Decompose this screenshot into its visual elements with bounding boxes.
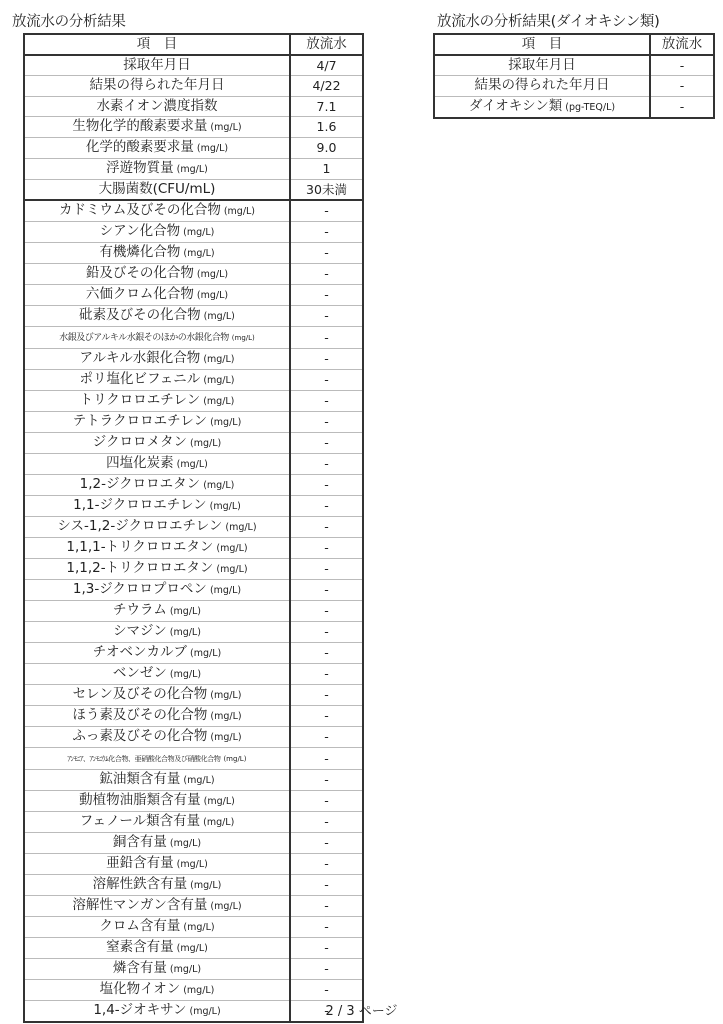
table-row: セレン及びその化合物(mg/L)-	[24, 684, 363, 705]
table-row: ふっ素及びその化合物(mg/L)-	[24, 726, 363, 747]
value-cell: -	[290, 705, 363, 726]
item-label: 動植物油脂類含有量	[79, 792, 201, 808]
item-cell: クロム含有量(mg/L)	[24, 916, 290, 937]
item-cell: ポリ塩化ビフェニル(mg/L)	[24, 369, 290, 390]
item-cell: カドミウム及びその化合物(mg/L)	[24, 200, 290, 222]
value-cell: -	[290, 642, 363, 663]
value-cell: -	[650, 55, 714, 76]
item-label: 結果の得られた年月日	[90, 77, 225, 93]
unit-label: (mg/L)	[203, 375, 234, 386]
table-row: 1,3-ジクロロプロペン(mg/L)-	[24, 579, 363, 600]
header-item: 項 目	[24, 34, 290, 55]
item-cell: ふっ素及びその化合物(mg/L)	[24, 726, 290, 747]
value-cell: 4/7	[290, 55, 363, 76]
item-cell: 結果の得られた年月日	[24, 76, 290, 96]
item-cell: アルキル水銀化合物(mg/L)	[24, 348, 290, 369]
value-cell: -	[290, 832, 363, 853]
unit-label: (mg/L)	[210, 732, 241, 743]
header-value: 放流水	[290, 34, 363, 55]
table-row: 結果の得られた年月日4/22	[24, 76, 363, 96]
unit-label: (mg/L)	[170, 838, 201, 849]
value-cell: -	[290, 242, 363, 263]
item-label: ふっ素及びその化合物	[72, 728, 207, 744]
item-cell: ｱﾝﾓﾆｱ、ｱﾝﾓﾆｳﾑ化合物、亜硝酸化合物及び硝酸化合物(mg/L)	[24, 747, 290, 769]
item-label: 鉱油類含有量	[99, 771, 180, 787]
item-cell: 鉱油類含有量(mg/L)	[24, 769, 290, 790]
value-cell: -	[290, 284, 363, 305]
value-cell: -	[290, 747, 363, 769]
item-label: カドミウム及びその化合物	[59, 202, 221, 218]
table-row: ダイオキシン類(pg-TEQ/L)-	[434, 96, 714, 118]
table-row: チウラム(mg/L)-	[24, 600, 363, 621]
item-label: 銅含有量	[113, 834, 167, 850]
item-cell: 水素イオン濃度指数	[24, 96, 290, 116]
item-label: 結果の得られた年月日	[475, 77, 610, 93]
item-label: 有機燐化合物	[99, 244, 180, 260]
table-row: 1,1-ジクロロエチレン(mg/L)-	[24, 495, 363, 516]
unit-label: (mg/L)	[177, 164, 208, 175]
unit-label: (mg/L)	[197, 290, 228, 301]
header-value: 放流水	[650, 34, 714, 55]
unit-label: (mg/L)	[210, 711, 241, 722]
table-row: フェノール類含有量(mg/L)-	[24, 811, 363, 832]
unit-label: (mg/L)	[183, 248, 214, 259]
item-cell: 四塩化炭素(mg/L)	[24, 453, 290, 474]
item-cell: 砒素及びその化合物(mg/L)	[24, 305, 290, 326]
unit-label: (mg/L)	[203, 354, 234, 365]
item-cell: ほう素及びその化合物(mg/L)	[24, 705, 290, 726]
value-cell: -	[290, 411, 363, 432]
item-cell: フェノール類含有量(mg/L)	[24, 811, 290, 832]
item-cell: 銅含有量(mg/L)	[24, 832, 290, 853]
value-cell: -	[290, 200, 363, 222]
value-cell: -	[290, 326, 363, 348]
item-label: 水銀及びアルキル水銀そのほかの水銀化合物	[59, 333, 229, 343]
item-label: 化学的酸素要求量	[86, 139, 194, 155]
item-label: 塩化物イオン	[100, 981, 181, 997]
item-label: 浮遊物質量	[106, 160, 174, 176]
item-label: クロム含有量	[99, 918, 180, 934]
unit-label: (mg/L)	[170, 669, 201, 680]
table-row: シアン化合物(mg/L)-	[24, 221, 363, 242]
item-cell: 1,1,2-トリクロロエタン(mg/L)	[24, 558, 290, 579]
value-cell: -	[290, 684, 363, 705]
item-cell: 窒素含有量(mg/L)	[24, 937, 290, 958]
item-cell: 浮遊物質量(mg/L)	[24, 158, 290, 179]
unit-label: (mg/L)	[183, 227, 214, 238]
value-cell: -	[290, 516, 363, 537]
unit-label: (pg-TEQ/L)	[565, 102, 615, 113]
table-row: クロム含有量(mg/L)-	[24, 916, 363, 937]
item-cell: 燐含有量(mg/L)	[24, 958, 290, 979]
table-row: 採取年月日-	[434, 55, 714, 76]
table-row: 1,1,1-トリクロロエタン(mg/L)-	[24, 537, 363, 558]
unit-label: (mg/L)	[203, 817, 234, 828]
item-label: 1,2-ジクロロエタン	[80, 476, 201, 492]
unit-label: (mg/L)	[210, 585, 241, 596]
main-table-title: 放流水の分析結果	[12, 10, 126, 31]
item-cell: セレン及びその化合物(mg/L)	[24, 684, 290, 705]
item-cell: 水銀及びアルキル水銀そのほかの水銀化合物(mg/L)	[24, 326, 290, 348]
dioxin-table-title: 放流水の分析結果(ダイオキシン類)	[437, 10, 659, 31]
value-cell: -	[650, 96, 714, 118]
unit-label: (mg/L)	[183, 985, 214, 996]
item-label: シス-1,2-ジクロロエチレン	[57, 518, 222, 534]
table-row: ジクロロメタン(mg/L)-	[24, 432, 363, 453]
unit-label: (mg/L)	[216, 564, 247, 575]
unit-label: (mg/L)	[216, 543, 247, 554]
table-row: 結果の得られた年月日-	[434, 76, 714, 96]
dioxin-analysis-table: 項 目 放流水 採取年月日-結果の得られた年月日-ダイオキシン類(pg-TEQ/…	[433, 33, 715, 119]
item-cell: 1,2-ジクロロエタン(mg/L)	[24, 474, 290, 495]
value-cell: -	[290, 432, 363, 453]
table-row: 溶解性マンガン含有量(mg/L)-	[24, 895, 363, 916]
item-label: 1,1,1-トリクロロエタン	[66, 539, 213, 555]
value-cell: -	[290, 369, 363, 390]
value-cell: -	[290, 853, 363, 874]
item-label: チウラム	[113, 602, 167, 618]
item-label: ほう素及びその化合物	[72, 707, 207, 723]
unit-label: (mg/L)	[170, 964, 201, 975]
table-row: 生物化学的酸素要求量(mg/L)1.6	[24, 116, 363, 137]
item-cell: チオベンカルブ(mg/L)	[24, 642, 290, 663]
table-row: トリクロロエチレン(mg/L)-	[24, 390, 363, 411]
table-row: 鉱油類含有量(mg/L)-	[24, 769, 363, 790]
item-cell: テトラクロロエチレン(mg/L)	[24, 411, 290, 432]
item-label: 四塩化炭素	[106, 455, 174, 471]
item-label: トリクロロエチレン	[80, 392, 201, 408]
item-cell: 1,1,1-トリクロロエタン(mg/L)	[24, 537, 290, 558]
item-label: 1,1-ジクロロエチレン	[73, 497, 206, 513]
value-cell: -	[290, 221, 363, 242]
unit-label: (mg/L)	[190, 648, 221, 659]
item-cell: 1,3-ジクロロプロペン(mg/L)	[24, 579, 290, 600]
table-row: 化学的酸素要求量(mg/L)9.0	[24, 137, 363, 158]
value-cell: -	[290, 663, 363, 684]
item-label: 生物化学的酸素要求量	[72, 118, 207, 134]
item-cell: 化学的酸素要求量(mg/L)	[24, 137, 290, 158]
value-cell: -	[290, 979, 363, 1000]
unit-label: (mg/L)	[190, 438, 221, 449]
item-cell: 結果の得られた年月日	[434, 76, 650, 96]
value-cell: -	[290, 790, 363, 811]
value-cell: -	[290, 495, 363, 516]
item-label: 燐含有量	[113, 960, 167, 976]
unit-label: (mg/L)	[170, 606, 201, 617]
value-cell: -	[290, 621, 363, 642]
item-cell: 生物化学的酸素要求量(mg/L)	[24, 116, 290, 137]
item-cell: 採取年月日	[434, 55, 650, 76]
unit-label: (mg/L)	[204, 796, 235, 807]
item-label: 採取年月日	[508, 57, 576, 73]
table-row: 窒素含有量(mg/L)-	[24, 937, 363, 958]
table-row: カドミウム及びその化合物(mg/L)-	[24, 200, 363, 222]
table-row: ベンゼン(mg/L)-	[24, 663, 363, 684]
table-row: 燐含有量(mg/L)-	[24, 958, 363, 979]
value-cell: 4/22	[290, 76, 363, 96]
item-label: 採取年月日	[123, 57, 191, 73]
item-label: 鉛及びその化合物	[86, 265, 194, 281]
table-header-row: 項 目 放流水	[434, 34, 714, 55]
item-label: アルキル水銀化合物	[79, 350, 200, 366]
table-row: シス-1,2-ジクロロエチレン(mg/L)-	[24, 516, 363, 537]
item-label: 大腸菌数(CFU/mL)	[99, 181, 216, 197]
unit-label: (mg/L)	[197, 269, 228, 280]
value-cell: 9.0	[290, 137, 363, 158]
unit-label: (mg/L)	[224, 206, 255, 217]
table-row: 動植物油脂類含有量(mg/L)-	[24, 790, 363, 811]
item-label: シアン化合物	[100, 223, 180, 239]
table-row: ｱﾝﾓﾆｱ、ｱﾝﾓﾆｳﾑ化合物、亜硝酸化合物及び硝酸化合物(mg/L)-	[24, 747, 363, 769]
value-cell: 1	[290, 158, 363, 179]
unit-label: (mg/L)	[210, 501, 241, 512]
unit-label: (mg/L)	[210, 122, 241, 133]
unit-label: (mg/L)	[210, 690, 241, 701]
unit-label: (mg/L)	[223, 755, 246, 763]
item-cell: 溶解性マンガン含有量(mg/L)	[24, 895, 290, 916]
item-cell: ジクロロメタン(mg/L)	[24, 432, 290, 453]
item-label: セレン及びその化合物	[73, 686, 208, 702]
unit-label: (mg/L)	[177, 459, 208, 470]
item-label: 1,3-ジクロロプロペン	[73, 581, 207, 597]
item-cell: 動植物油脂類含有量(mg/L)	[24, 790, 290, 811]
table-row: 大腸菌数(CFU/mL)30未満	[24, 179, 363, 200]
unit-label: (mg/L)	[183, 922, 214, 933]
value-cell: 1.6	[290, 116, 363, 137]
item-cell: シス-1,2-ジクロロエチレン(mg/L)	[24, 516, 290, 537]
table-row: 四塩化炭素(mg/L)-	[24, 453, 363, 474]
item-cell: 塩化物イオン(mg/L)	[24, 979, 290, 1000]
unit-label: (mg/L)	[210, 417, 241, 428]
item-cell: 六価クロム化合物(mg/L)	[24, 284, 290, 305]
value-cell: 7.1	[290, 96, 363, 116]
item-label: フェノール類含有量	[80, 813, 200, 829]
item-label: 溶解性マンガン含有量	[72, 897, 207, 913]
item-cell: トリクロロエチレン(mg/L)	[24, 390, 290, 411]
unit-label: (mg/L)	[170, 627, 201, 638]
table-row: 亜鉛含有量(mg/L)-	[24, 853, 363, 874]
value-cell: -	[290, 600, 363, 621]
unit-label: (mg/L)	[203, 396, 234, 407]
table-row: 水銀及びアルキル水銀そのほかの水銀化合物(mg/L)-	[24, 326, 363, 348]
unit-label: (mg/L)	[225, 522, 256, 533]
table-header-row: 項 目 放流水	[24, 34, 363, 55]
table-row: アルキル水銀化合物(mg/L)-	[24, 348, 363, 369]
item-label: ジクロロメタン	[93, 434, 187, 450]
value-cell: -	[290, 453, 363, 474]
table-row: 有機燐化合物(mg/L)-	[24, 242, 363, 263]
value-cell: -	[650, 76, 714, 96]
item-cell: シマジン(mg/L)	[24, 621, 290, 642]
unit-label: (mg/L)	[190, 880, 221, 891]
table-row: 1,1,2-トリクロロエタン(mg/L)-	[24, 558, 363, 579]
item-label: 1,1,2-トリクロロエタン	[66, 560, 213, 576]
item-label: 砒素及びその化合物	[79, 307, 201, 323]
value-cell: -	[290, 537, 363, 558]
water-analysis-table: 項 目 放流水 採取年月日4/7結果の得られた年月日4/22水素イオン濃度指数7…	[23, 33, 364, 1023]
table-row: チオベンカルブ(mg/L)-	[24, 642, 363, 663]
unit-label: (mg/L)	[183, 775, 214, 786]
value-cell: -	[290, 263, 363, 284]
table-row: 採取年月日4/7	[24, 55, 363, 76]
item-cell: 大腸菌数(CFU/mL)	[24, 179, 290, 200]
table-row: 水素イオン濃度指数7.1	[24, 96, 363, 116]
table-row: 鉛及びその化合物(mg/L)-	[24, 263, 363, 284]
item-label: ダイオキシン類	[469, 98, 562, 114]
item-label: 六価クロム化合物	[86, 286, 194, 302]
unit-label: (mg/L)	[210, 901, 241, 912]
item-label: 窒素含有量	[106, 939, 174, 955]
header-item: 項 目	[434, 34, 650, 55]
table-row: 浮遊物質量(mg/L)1	[24, 158, 363, 179]
item-cell: 採取年月日	[24, 55, 290, 76]
item-cell: 亜鉛含有量(mg/L)	[24, 853, 290, 874]
table-row: 1,2-ジクロロエタン(mg/L)-	[24, 474, 363, 495]
unit-label: (mg/L)	[203, 480, 234, 491]
value-cell: -	[290, 390, 363, 411]
table-row: テトラクロロエチレン(mg/L)-	[24, 411, 363, 432]
item-cell: シアン化合物(mg/L)	[24, 221, 290, 242]
table-row: 塩化物イオン(mg/L)-	[24, 979, 363, 1000]
unit-label: (mg/L)	[197, 143, 228, 154]
item-label: ポリ塩化ビフェニル	[79, 371, 200, 387]
table-row: 六価クロム化合物(mg/L)-	[24, 284, 363, 305]
value-cell: -	[290, 895, 363, 916]
table-row: ほう素及びその化合物(mg/L)-	[24, 705, 363, 726]
table-row: ポリ塩化ビフェニル(mg/L)-	[24, 369, 363, 390]
value-cell: -	[290, 874, 363, 895]
value-cell: -	[290, 558, 363, 579]
item-label: 亜鉛含有量	[106, 855, 174, 871]
unit-label: (mg/L)	[177, 859, 208, 870]
item-label: 水素イオン濃度指数	[96, 98, 217, 114]
item-label: ベンゼン	[113, 665, 167, 681]
value-cell: -	[290, 305, 363, 326]
item-label: ｱﾝﾓﾆｱ、ｱﾝﾓﾆｳﾑ化合物、亜硝酸化合物及び硝酸化合物	[68, 755, 221, 763]
item-cell: 有機燐化合物(mg/L)	[24, 242, 290, 263]
item-cell: ベンゼン(mg/L)	[24, 663, 290, 684]
unit-label: (mg/L)	[177, 943, 208, 954]
value-cell: -	[290, 811, 363, 832]
value-cell: -	[290, 726, 363, 747]
item-cell: 溶解性鉄含有量(mg/L)	[24, 874, 290, 895]
value-cell: -	[290, 348, 363, 369]
item-label: 溶解性鉄含有量	[93, 876, 188, 892]
table-row: 溶解性鉄含有量(mg/L)-	[24, 874, 363, 895]
item-cell: ダイオキシン類(pg-TEQ/L)	[434, 96, 650, 118]
table-row: 砒素及びその化合物(mg/L)-	[24, 305, 363, 326]
unit-label: (mg/L)	[204, 311, 235, 322]
value-cell: -	[290, 579, 363, 600]
value-cell: -	[290, 769, 363, 790]
table-row: 銅含有量(mg/L)-	[24, 832, 363, 853]
item-label: シマジン	[113, 623, 167, 639]
table-row: シマジン(mg/L)-	[24, 621, 363, 642]
item-cell: 1,1-ジクロロエチレン(mg/L)	[24, 495, 290, 516]
value-cell: -	[290, 937, 363, 958]
item-cell: チウラム(mg/L)	[24, 600, 290, 621]
value-cell: -	[290, 916, 363, 937]
item-cell: 鉛及びその化合物(mg/L)	[24, 263, 290, 284]
value-cell: -	[290, 958, 363, 979]
item-label: チオベンカルブ	[93, 644, 187, 660]
value-cell: 30未満	[290, 179, 363, 200]
page-indicator: 2 / 3 ページ	[0, 1000, 723, 1019]
unit-label: (mg/L)	[232, 334, 255, 342]
value-cell: -	[290, 474, 363, 495]
item-label: テトラクロロエチレン	[73, 413, 207, 429]
